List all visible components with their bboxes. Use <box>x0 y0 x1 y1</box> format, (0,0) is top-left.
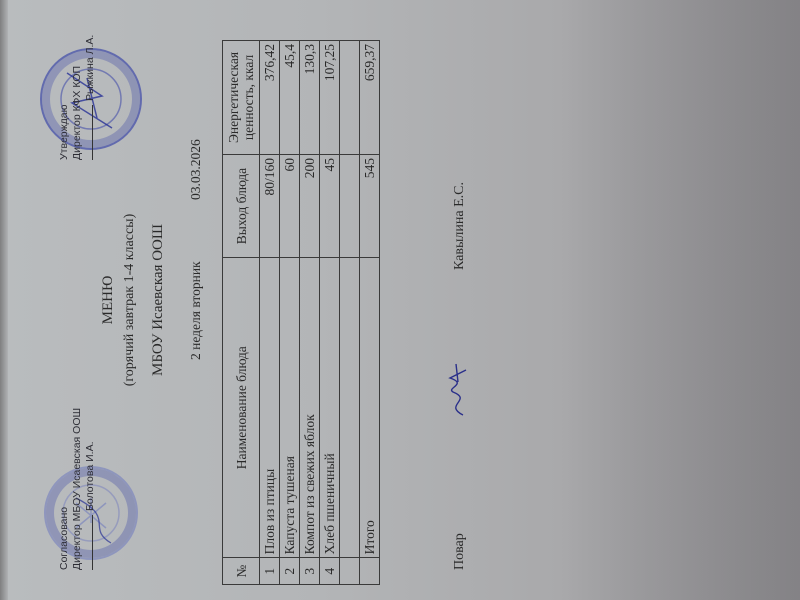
row-kcal: 130,3 <box>300 41 320 155</box>
total-label: Итого <box>360 258 380 558</box>
row-output: 80/160 <box>260 154 280 257</box>
header-output: Выход блюда <box>223 154 260 257</box>
approval-position: Директор КФХ КОП <box>71 0 84 160</box>
approval-title: Утверждаю <box>58 0 71 160</box>
row-num: 3 <box>300 558 320 585</box>
cook-name: Кавылина Е.С. <box>452 182 468 270</box>
school-name: МБОУ Исаевская ООШ <box>150 0 167 600</box>
row-num: 1 <box>260 558 280 585</box>
row-dish: Хлеб пшеничный <box>320 258 340 558</box>
row-num: 2 <box>280 558 300 585</box>
table-header-row: № Наименование блюда Выход блюда Энергет… <box>223 41 260 585</box>
table-row: 1 Плов из птицы 80/160 376,42 <box>260 41 280 585</box>
row-dish: Компот из свежих яблок <box>300 258 320 558</box>
agreement-name: Болотова И.А. <box>84 370 97 570</box>
approval-block: Утверждаю Директор КФХ КОП Рыжкина Л.А. <box>58 0 97 160</box>
menu-document: Утверждаю Директор КФХ КОП Рыжкина Л.А. … <box>0 0 560 600</box>
row-dish: Плов из птицы <box>260 258 280 558</box>
header-kcal: Энергетическая ценность, ккал <box>223 41 260 155</box>
agreement-title: Согласовано <box>58 370 71 570</box>
total-output: 545 <box>360 154 380 257</box>
table-total-row: Итого 545 659,37 <box>360 41 380 585</box>
row-num: 4 <box>320 558 340 585</box>
menu-date: 03.03.2026 <box>188 139 204 200</box>
row-output: 200 <box>300 154 320 257</box>
row-dish: Капуста тушеная <box>280 258 300 558</box>
table-row: 3 Компот из свежих яблок 200 130,3 <box>300 41 320 585</box>
approval-name: Рыжкина Л.А. <box>84 0 97 160</box>
menu-table: № Наименование блюда Выход блюда Энергет… <box>222 40 380 585</box>
cook-label: Повар <box>452 533 468 570</box>
page-title: МЕНЮ <box>100 0 117 600</box>
row-kcal: 107,25 <box>320 41 340 155</box>
agreement-block: Согласовано Директор МБОУ Исаевская ООШ … <box>58 370 97 570</box>
week-day: 2 неделя вторник <box>188 210 204 360</box>
cook-signature-icon <box>438 360 483 420</box>
total-kcal: 659,37 <box>360 41 380 155</box>
row-output: 45 <box>320 154 340 257</box>
photo-shadow <box>560 0 800 600</box>
header-name: Наименование блюда <box>223 258 260 558</box>
row-kcal: 376,42 <box>260 41 280 155</box>
table-row: 4 Хлеб пшеничный 45 107,25 <box>320 41 340 585</box>
row-kcal: 45,4 <box>280 41 300 155</box>
agreement-position: Директор МБОУ Исаевская ООШ <box>71 370 84 570</box>
table-row: 2 Капуста тушеная 60 45,4 <box>280 41 300 585</box>
header-num: № <box>223 558 260 585</box>
table-row-empty <box>340 41 360 585</box>
meal-type: (горячий завтрак 1-4 классы) <box>122 0 138 600</box>
row-output: 60 <box>280 154 300 257</box>
